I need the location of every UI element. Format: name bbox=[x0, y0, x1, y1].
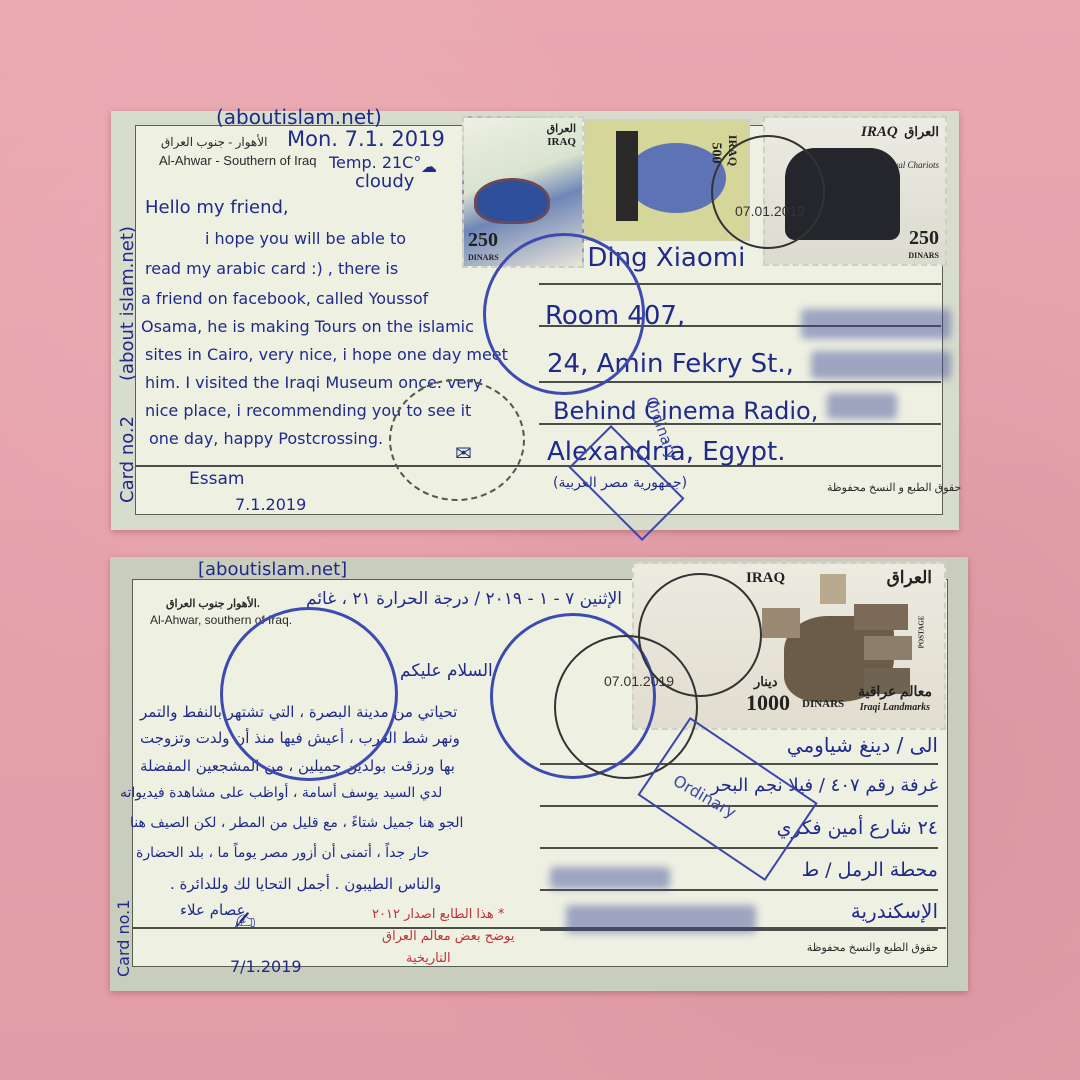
weather: cloudy bbox=[355, 171, 414, 192]
message-line: i hope you will be able to bbox=[205, 229, 406, 248]
note-red-line: يوضح بعض معالم العراق bbox=[382, 929, 515, 944]
landmark-image bbox=[864, 636, 912, 660]
redacted-address bbox=[811, 351, 951, 379]
stamp-currency: DINARS bbox=[468, 253, 499, 262]
stamp-value: 250 bbox=[468, 229, 498, 252]
message-line: الجو هنا جميل شتاءً ، مع قليل من المطر ،… bbox=[130, 815, 463, 831]
redacted-address bbox=[566, 905, 756, 933]
message-line: Hello my friend, bbox=[145, 197, 289, 218]
signature-date: 7/1.2019 bbox=[230, 957, 302, 976]
postmark-circle-black bbox=[711, 135, 825, 249]
site-label-side: (about islam.net) bbox=[117, 226, 138, 381]
caption-english: Al-Ahwar - Southern of Iraq bbox=[159, 153, 317, 168]
message-line: لدي السيد يوسف أسامة ، أواظب على مشاهدة … bbox=[120, 785, 442, 801]
redacted-address bbox=[801, 309, 951, 339]
redacted-address bbox=[550, 867, 670, 889]
postmark-circle-blue bbox=[220, 607, 398, 781]
message-line: one day, happy Postcrossing. bbox=[149, 429, 383, 448]
message-line: sites in Cairo, very nice, i hope one da… bbox=[145, 345, 508, 364]
redacted-address bbox=[827, 393, 897, 419]
landmark-image bbox=[820, 574, 846, 604]
stamp-value: 1000 bbox=[746, 690, 790, 716]
stamp-currency: DINARS bbox=[802, 698, 844, 710]
stamp-postage: POSTAGE bbox=[918, 616, 926, 649]
address-line-district-ar: محطة الرمل / ط bbox=[802, 859, 938, 881]
note-red-line: التاريخية bbox=[406, 951, 451, 966]
landmark-image bbox=[762, 608, 800, 638]
caption-arabic: الأهوار - جنوب العراق bbox=[161, 135, 267, 149]
stamp-value-ar: دينار bbox=[754, 674, 778, 690]
address-line bbox=[540, 889, 938, 891]
site-label-top: (aboutislam.net) bbox=[216, 105, 382, 129]
stamp-caption: Iraqi Landmarks bbox=[860, 702, 930, 713]
postmark-date: 07.01.2019 bbox=[735, 203, 805, 219]
stamp-country-ar: العراق bbox=[904, 124, 939, 140]
stamp-caption-ar: معالم عراقية bbox=[858, 684, 932, 701]
caption-arabic: الأهوار جنوب العراق. bbox=[166, 597, 260, 610]
copyright-arabic: حقوق الطبع والنسخ محفوظة bbox=[807, 941, 938, 954]
copyright-arabic: حقوق الطبع و النسخ محفوظة bbox=[827, 481, 961, 494]
stamp-country: IRAQ bbox=[746, 570, 785, 587]
postcard-2: (aboutislam.net) Card no.2 (about islam.… bbox=[111, 111, 959, 530]
postmark-date: 07.01.2019 bbox=[604, 673, 674, 689]
stamp-country: IRAQ bbox=[861, 124, 898, 141]
greeting-ar: السلام عليكم bbox=[400, 661, 493, 681]
postcard-1: [aboutislam.net] Card no.1 الأهوار جنوب … bbox=[110, 557, 968, 991]
stamp-value: 250 bbox=[909, 227, 939, 250]
cloud-icon: ☁ bbox=[421, 157, 437, 176]
postmark-circle-black bbox=[389, 379, 525, 501]
stamp-country-ar: العراق bbox=[887, 568, 932, 588]
signature-scribble: ✍ bbox=[234, 907, 256, 937]
stamp-country-ar: العراق bbox=[547, 122, 576, 135]
message-line: Osama, he is making Tours on the islamic bbox=[141, 317, 474, 336]
address-line-city-ar: الإسكندرية bbox=[851, 899, 938, 923]
butterfly-icon bbox=[474, 178, 550, 224]
signature-date: 7.1.2019 bbox=[235, 495, 306, 514]
site-label-top: [aboutislam.net] bbox=[198, 559, 347, 580]
postmark-circle-blue bbox=[483, 233, 645, 395]
address-line-landmark: Behind Cinema Radio, bbox=[553, 397, 818, 425]
signature: Essam bbox=[189, 469, 244, 489]
landmark-image bbox=[854, 604, 908, 630]
card-number-side: Card no.1 bbox=[114, 900, 133, 977]
header-date-weather-ar: الإثنين ٧ - ١ - ٢٠١٩ / درجة الحرارة ٢١ ،… bbox=[306, 589, 622, 609]
note-red-line: * هذا الطابع اصدار ٢٠١٢ bbox=[372, 907, 504, 922]
card-number-side: Card no.2 bbox=[117, 416, 138, 503]
temperature: Temp. 21C° bbox=[329, 153, 421, 172]
message-line: حار جداً ، أتمنى أن أزور مصر يوماً ما ، … bbox=[136, 845, 429, 861]
minaret-tower bbox=[616, 131, 638, 221]
stamp-country: IRAQ bbox=[547, 136, 576, 148]
address-line-name-ar: الى / دينغ شياومي bbox=[787, 733, 938, 757]
message-line: read my arabic card :) , there is bbox=[145, 259, 398, 278]
message-line: a friend on facebook, called Youssof bbox=[141, 289, 428, 308]
date: Mon. 7.1. 2019 bbox=[287, 127, 445, 151]
message-line: والناس الطيبون . أجمل التحايا لك وللدائر… bbox=[170, 875, 441, 893]
stamp-currency: DINARS bbox=[908, 251, 939, 260]
